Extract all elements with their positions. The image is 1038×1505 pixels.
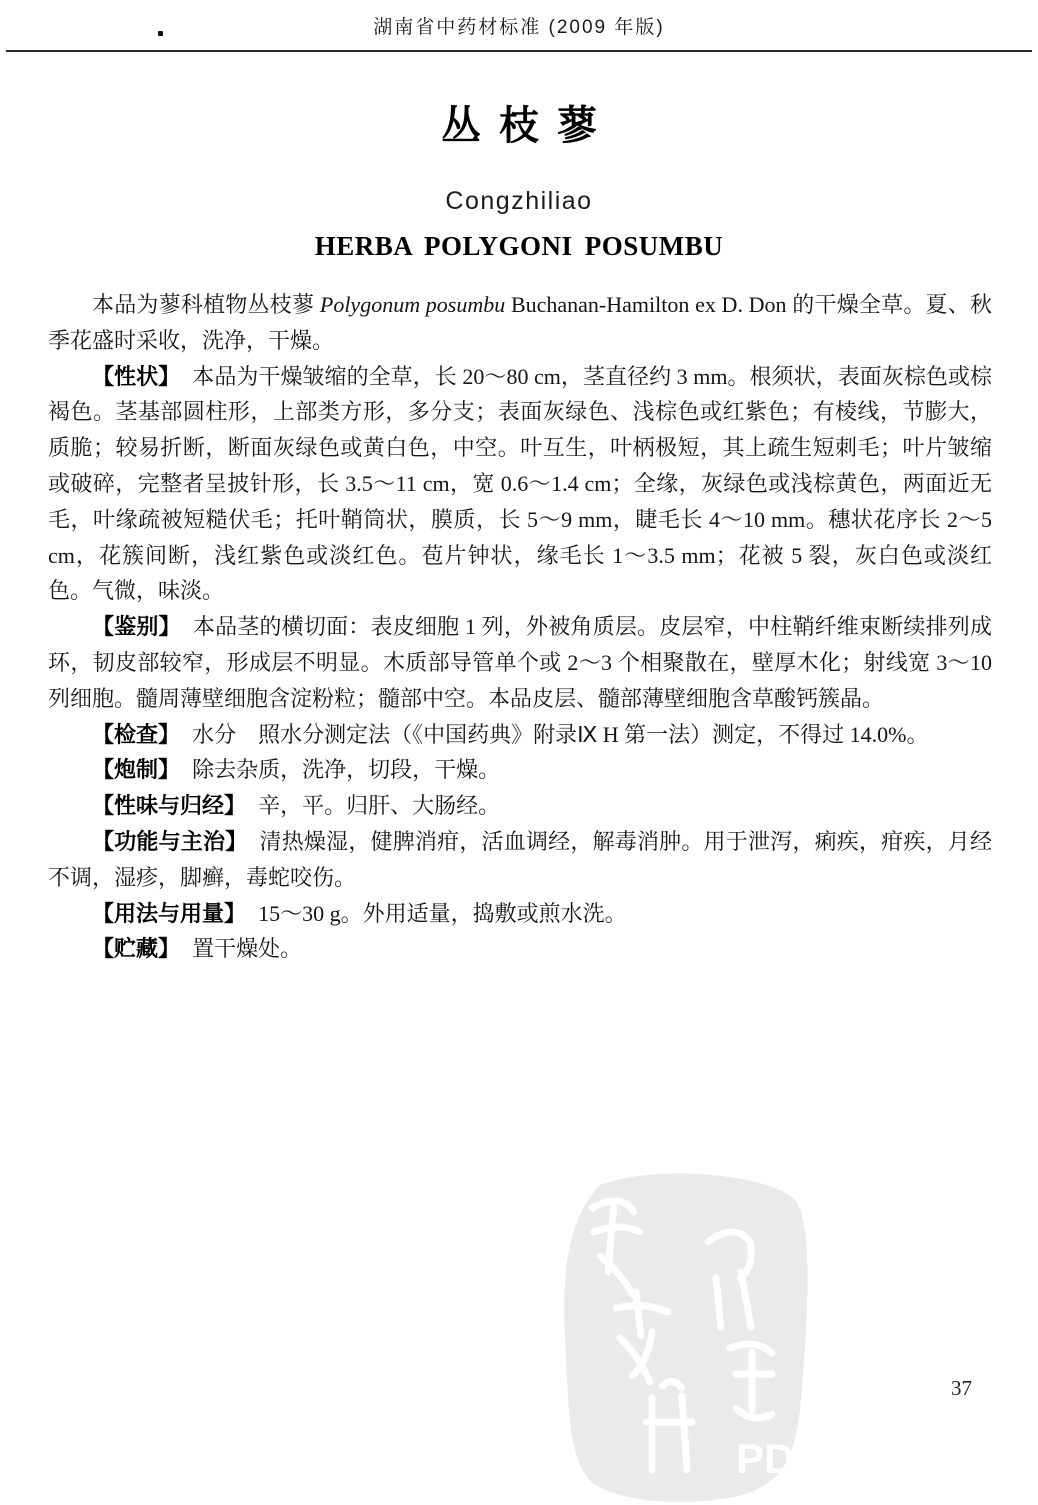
watermark-pdg-label: PDG (736, 1435, 827, 1482)
header-rule (6, 50, 1032, 52)
monograph-paragraph: 【鉴别】本品茎的横切面：表皮细胞 1 列，外被角质层。皮层窄，中柱鞘纤维束断续排… (48, 609, 992, 716)
paragraph-text: 除去杂质，洗净，切段，干燥。 (192, 757, 500, 782)
monograph-paragraph: 【检查】水分 照水分测定法（《中国药典》附录Ⅸ H 第一法）测定，不得过 14.… (48, 717, 992, 753)
monograph-paragraph: 【性味与归经】辛，平。归肝、大肠经。 (48, 788, 992, 824)
section-label: 【检查】 (92, 722, 180, 747)
running-head: 湖南省中药材标准 (2009 年版) (0, 0, 1038, 39)
library-seal-watermark: PDG (540, 1170, 840, 1505)
seal-blob (564, 1174, 807, 1502)
section-label: 【炮制】 (92, 757, 180, 782)
section-label: 【性状】 (92, 364, 180, 389)
section-label: 【鉴别】 (92, 614, 181, 639)
paragraph-text: 置干燥处。 (192, 936, 302, 961)
monograph-paragraph: 【炮制】除去杂质，洗净，切段，干燥。 (48, 752, 992, 788)
monograph-paragraph: 【功能与主治】清热燥湿，健脾消疳，活血调经，解毒消肿。用于泄泻，痢疾，疳疾，月经… (48, 824, 992, 896)
section-label: 【贮藏】 (92, 936, 180, 961)
scanned-book-page: 湖南省中药材标准 (2009 年版) 丛枝蓼 Congzhiliao HERBA… (0, 0, 1038, 1505)
latin-binomial: Polygonum posumbu (320, 292, 505, 317)
monograph-paragraph: 本品为蓼科植物丛枝蓼 Polygonum posumbu Buchanan-Ha… (48, 287, 992, 359)
paragraph-text: 本品为蓼科植物丛枝蓼 (92, 292, 320, 317)
monograph-body: 本品为蓼科植物丛枝蓼 Polygonum posumbu Buchanan-Ha… (0, 287, 1038, 967)
paragraph-text: 本品为干燥皱缩的全草，长 20～80 cm，茎直径约 3 mm。根须状，表面灰棕… (48, 364, 992, 604)
drug-title-latin: HERBA POLYGONI POSUMBU (0, 231, 1038, 262)
section-label: 【性味与归经】 (92, 793, 246, 818)
paragraph-text: 辛，平。归肝、大肠经。 (258, 793, 500, 818)
section-label: 【功能与主治】 (92, 829, 247, 854)
drug-title-chinese: 丛枝蓼 (0, 94, 1038, 151)
section-label: 【用法与用量】 (92, 901, 246, 926)
monograph-paragraph: 【贮藏】置干燥处。 (48, 931, 992, 967)
drug-title-pinyin: Congzhiliao (0, 187, 1038, 216)
monograph-paragraph: 【用法与用量】15～30 g。外用适量，捣敷或煎水洗。 (48, 896, 992, 932)
page-number: 37 (951, 1376, 972, 1401)
paragraph-text: 水分 照水分测定法（《中国药典》附录Ⅸ H 第一法）测定，不得过 14.0%。 (192, 722, 928, 747)
seal-script-characters (592, 1201, 772, 1470)
scan-speck (158, 31, 163, 36)
paragraph-text: 15～30 g。外用适量，捣敷或煎水洗。 (258, 901, 627, 926)
paragraph-text: 本品茎的横切面：表皮细胞 1 列，外被角质层。皮层窄，中柱鞘纤维束断续排列成环，… (48, 614, 992, 711)
monograph-paragraph: 【性状】本品为干燥皱缩的全草，长 20～80 cm，茎直径约 3 mm。根须状，… (48, 359, 992, 610)
